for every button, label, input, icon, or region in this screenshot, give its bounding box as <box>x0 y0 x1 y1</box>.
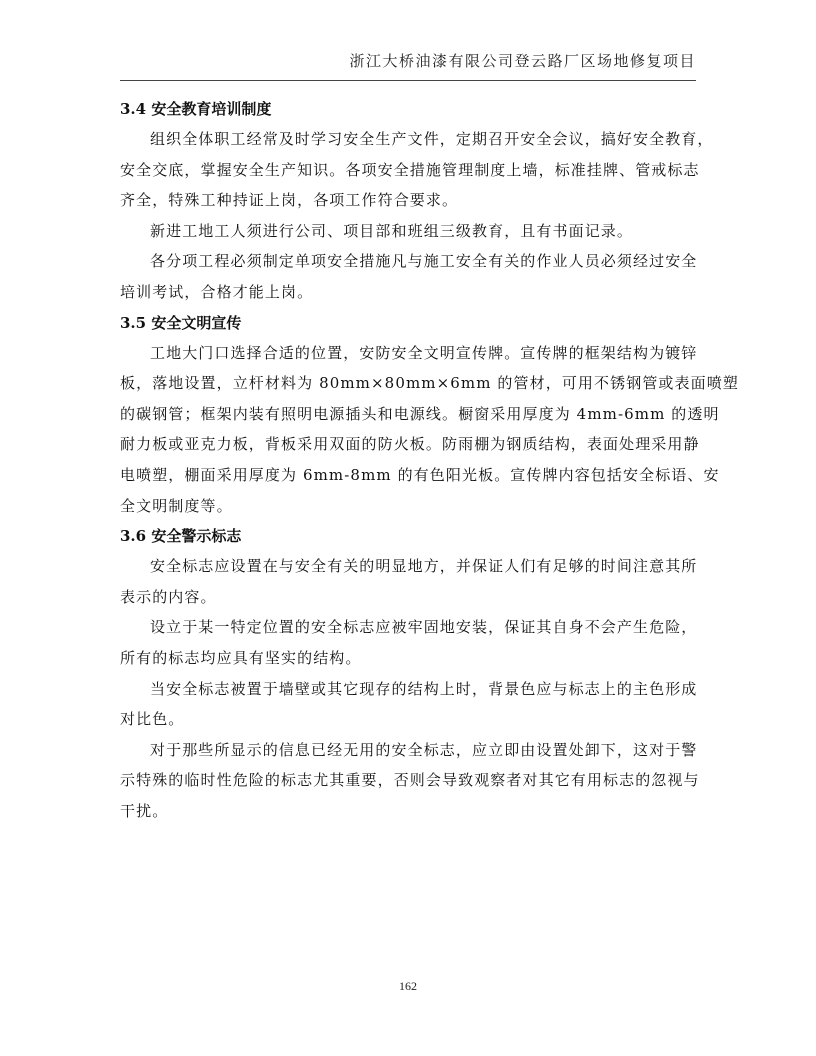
text-line: 设立于某一特定位置的安全标志应被牢固地安装，保证其自身不会产生危险， <box>120 612 696 643</box>
document-body: 3.4 安全教育培训制度 组织全体职工经常及时学习安全生产文件，定期召开安全会议… <box>120 94 696 826</box>
header-divider <box>120 80 696 81</box>
section-3-6: 3.6 安全警示标志 安全标志应设置在与安全有关的明显地方，并保证人们有足够的时… <box>120 521 696 826</box>
paragraph: 组织全体职工经常及时学习安全生产文件，定期召开安全会议，搞好安全教育， 安全交底… <box>120 124 696 216</box>
text-line: 当安全标志被置于墙壁或其它现存的结构上时，背景色应与标志上的主色形成 <box>120 674 696 705</box>
text-line: 表示的内容。 <box>120 582 696 613</box>
paragraph: 设立于某一特定位置的安全标志应被牢固地安装，保证其自身不会产生危险， 所有的标志… <box>120 612 696 673</box>
text-line: 所有的标志均应具有坚实的结构。 <box>120 643 696 674</box>
paragraph: 工地大门口选择合适的位置，安防安全文明宣传牌。宣传牌的框架结构为镀锌 板，落地设… <box>120 338 696 522</box>
page-number: 162 <box>0 979 816 994</box>
section-heading: 3.4 安全教育培训制度 <box>120 94 696 124</box>
text-line: 干扰。 <box>120 796 696 827</box>
text-line: 板，落地设置，立杆材料为 80mm×80mm×6mm 的管材，可用不锈钢管或表面… <box>120 368 696 399</box>
paragraph: 对于那些所显示的信息已经无用的安全标志，应立即由设置处卸下，这对于警 示特殊的临… <box>120 735 696 827</box>
text-line: 安全标志应设置在与安全有关的明显地方，并保证人们有足够的时间注意其所 <box>120 551 696 582</box>
paragraph: 当安全标志被置于墙壁或其它现存的结构上时，背景色应与标志上的主色形成 对比色。 <box>120 674 696 735</box>
section-heading: 3.6 安全警示标志 <box>120 521 696 551</box>
text-line: 工地大门口选择合适的位置，安防安全文明宣传牌。宣传牌的框架结构为镀锌 <box>120 338 696 369</box>
text-line: 对于那些所显示的信息已经无用的安全标志，应立即由设置处卸下，这对于警 <box>120 735 696 766</box>
text-line: 的碳钢管；框架内装有照明电源插头和电源线。橱窗采用厚度为 4mm-6mm 的透明 <box>120 399 696 430</box>
text-line: 组织全体职工经常及时学习安全生产文件，定期召开安全会议，搞好安全教育， <box>120 124 696 155</box>
text-line: 新进工地工人须进行公司、项目部和班组三级教育，且有书面记录。 <box>120 216 696 247</box>
text-line: 安全交底，掌握安全生产知识。各项安全措施管理制度上墙，标准挂牌、管戒标志 <box>120 155 696 186</box>
text-line: 耐力板或亚克力板，背板采用双面的防火板。防雨棚为钢质结构，表面处理采用静 <box>120 429 696 460</box>
paragraph: 安全标志应设置在与安全有关的明显地方，并保证人们有足够的时间注意其所 表示的内容… <box>120 551 696 612</box>
running-header: 浙江大桥油漆有限公司登云路厂区场地修复项目 <box>120 50 696 71</box>
paragraph: 各分项工程必须制定单项安全措施凡与施工安全有关的作业人员必须经过安全 培训考试，… <box>120 246 696 307</box>
text-line: 电喷塑，棚面采用厚度为 6mm-8mm 的有色阳光板。宣传牌内容包括安全标语、安 <box>120 460 696 491</box>
section-heading: 3.5 安全文明宣传 <box>120 308 696 338</box>
text-line: 全文明制度等。 <box>120 491 696 522</box>
text-line: 齐全，特殊工种持证上岗，各项工作符合要求。 <box>120 185 696 216</box>
text-line: 对比色。 <box>120 704 696 735</box>
text-line: 各分项工程必须制定单项安全措施凡与施工安全有关的作业人员必须经过安全 <box>120 246 696 277</box>
paragraph: 新进工地工人须进行公司、项目部和班组三级教育，且有书面记录。 <box>120 216 696 247</box>
text-line: 示特殊的临时性危险的标志尤其重要，否则会导致观察者对其它有用标志的忽视与 <box>120 765 696 796</box>
text-line: 培训考试，合格才能上岗。 <box>120 277 696 308</box>
section-3-5: 3.5 安全文明宣传 工地大门口选择合适的位置，安防安全文明宣传牌。宣传牌的框架… <box>120 308 696 522</box>
section-3-4: 3.4 安全教育培训制度 组织全体职工经常及时学习安全生产文件，定期召开安全会议… <box>120 94 696 308</box>
